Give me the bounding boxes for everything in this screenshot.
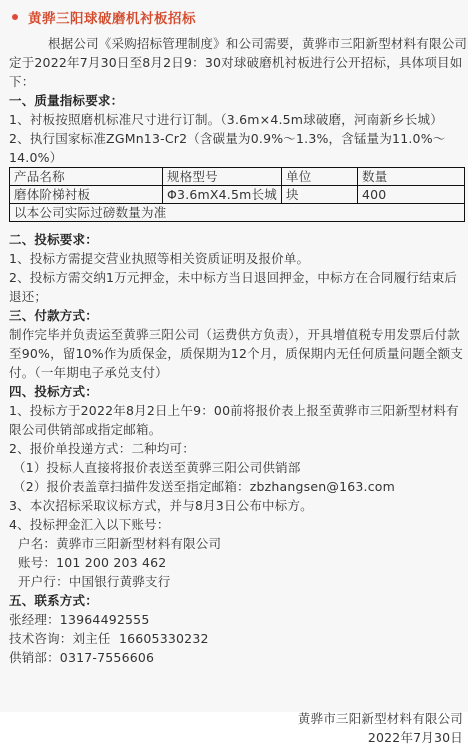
bullet-dot-icon [12,14,18,20]
table-row: 磨体阶梯衬板 Φ3.6mX4.5m长城 块 400 [10,186,465,204]
page-title: 黄骅三阳球破磨机衬板招标 [28,7,196,27]
account-bank: 开户行：中国银行黄骅支行 [9,572,465,591]
table-header-cell: 产品名称 [10,168,163,186]
contact-sales: 供销部：0317-7556606 [9,648,465,667]
section4-item-3: 3、本次招标采取议标方式，并与8月3日公布中标方。 [9,496,465,515]
section4-item-1-cont: 限公司供销部或指定邮箱。 [9,420,465,439]
table-header-row: 产品名称 规格型号 单位 数量 [10,168,465,186]
section3-line-3: 付。（一年期电子承兑支付） [9,363,465,382]
signature-company: 黄骅市三阳新型材料有限公司 [9,709,465,718]
section5-heading: 五、联系方式： [9,591,465,610]
section1-item-1: 1、衬板按照磨机标准尺寸进行订制。（3.6m×4.5m球破磨，河南新乡长城） [9,110,465,129]
table-note: 以本公司实际过磅数量为准 [10,204,465,222]
document-content: 黄骅三阳球破磨机衬板招标 根据公司《采购招标管理制度》和公司需要，黄骅市三阳新型… [9,0,465,718]
section3-line-2: 至90%，留10%作为质保金，质保期为12个月，质保期内无任何质量问题全额支 [9,344,465,363]
contact-manager: 张经理：13964492555 [9,610,465,629]
intro-line-1: 根据公司《采购招标管理制度》和公司需要，黄骅市三阳新型材料有限公司 [9,34,465,53]
section3-heading: 三、付款方式： [9,306,465,325]
section4-heading: 四、投标方式： [9,382,465,401]
section4-item-2: 2、报价单投递方式：二种均可： [9,439,465,458]
title-row: 黄骅三阳球破磨机衬板招标 [9,0,465,34]
table-note-row: 以本公司实际过磅数量为准 [10,204,465,222]
section4-option-2: （2）报价表盖章扫描件发送至指定邮箱：zbzhangsen@163.com [9,477,465,496]
section4-item-1: 1、投标方于2022年8月2日上午9：00前将报价表上报至黄骅市三阳新型材料有 [9,401,465,420]
section1-heading: 一、质量指标要求： [9,91,465,110]
section2-item-2: 2、投标方需交纳1万元押金，未中标方当日退回押金，中标方在合同履行结束后 [9,268,465,287]
section2-item-1: 1、投标方需提交营业执照等相关资质证明及报价单。 [9,249,465,268]
contact-tech: 技术咨询：刘主任 16605330232 [9,629,465,648]
intro-line-3: 下： [9,72,465,91]
table-cell: 磨体阶梯衬板 [10,186,163,204]
table-header-cell: 单位 [282,168,358,186]
spec-table: 产品名称 规格型号 单位 数量 磨体阶梯衬板 Φ3.6mX4.5m长城 块 40… [9,167,465,222]
table-cell: 块 [282,186,358,204]
section2-heading: 二、投标要求： [9,230,465,249]
document-page: 黄骅三阳球破磨机衬板招标 根据公司《采购招标管理制度》和公司需要，黄骅市三阳新型… [0,0,468,712]
account-name: 户名：黄骅市三阳新型材料有限公司 [9,534,465,553]
intro-line-2: 定于2022年7月30日至8月2日9：30对球破磨机衬板进行公开招标，具体项目如 [9,53,465,72]
table-header-cell: 数量 [358,168,465,186]
table-cell: 400 [358,186,465,204]
section4-option-1: （1）投标人直接将报价表送至黄骅三阳公司供销部 [9,458,465,477]
section4-item-4: 4、投标押金汇入以下账号： [9,515,465,534]
section3-line-1: 制作完毕并负责运至黄骅三阳公司（运费供方负责），开具增值税专用发票后付款 [9,325,465,344]
table-cell: Φ3.6mX4.5m长城 [163,186,282,204]
section2-item-2-cont: 退还； [9,287,465,306]
account-number: 账号：101 200 203 462 [9,553,465,572]
table-header-cell: 规格型号 [163,168,282,186]
section1-item-2-cont: 14.0%） [9,148,465,167]
section1-item-2: 2、执行国家标准ZGMn13-Cr2（含碳量为0.9%～1.3%，含锰量为11.… [9,129,465,148]
